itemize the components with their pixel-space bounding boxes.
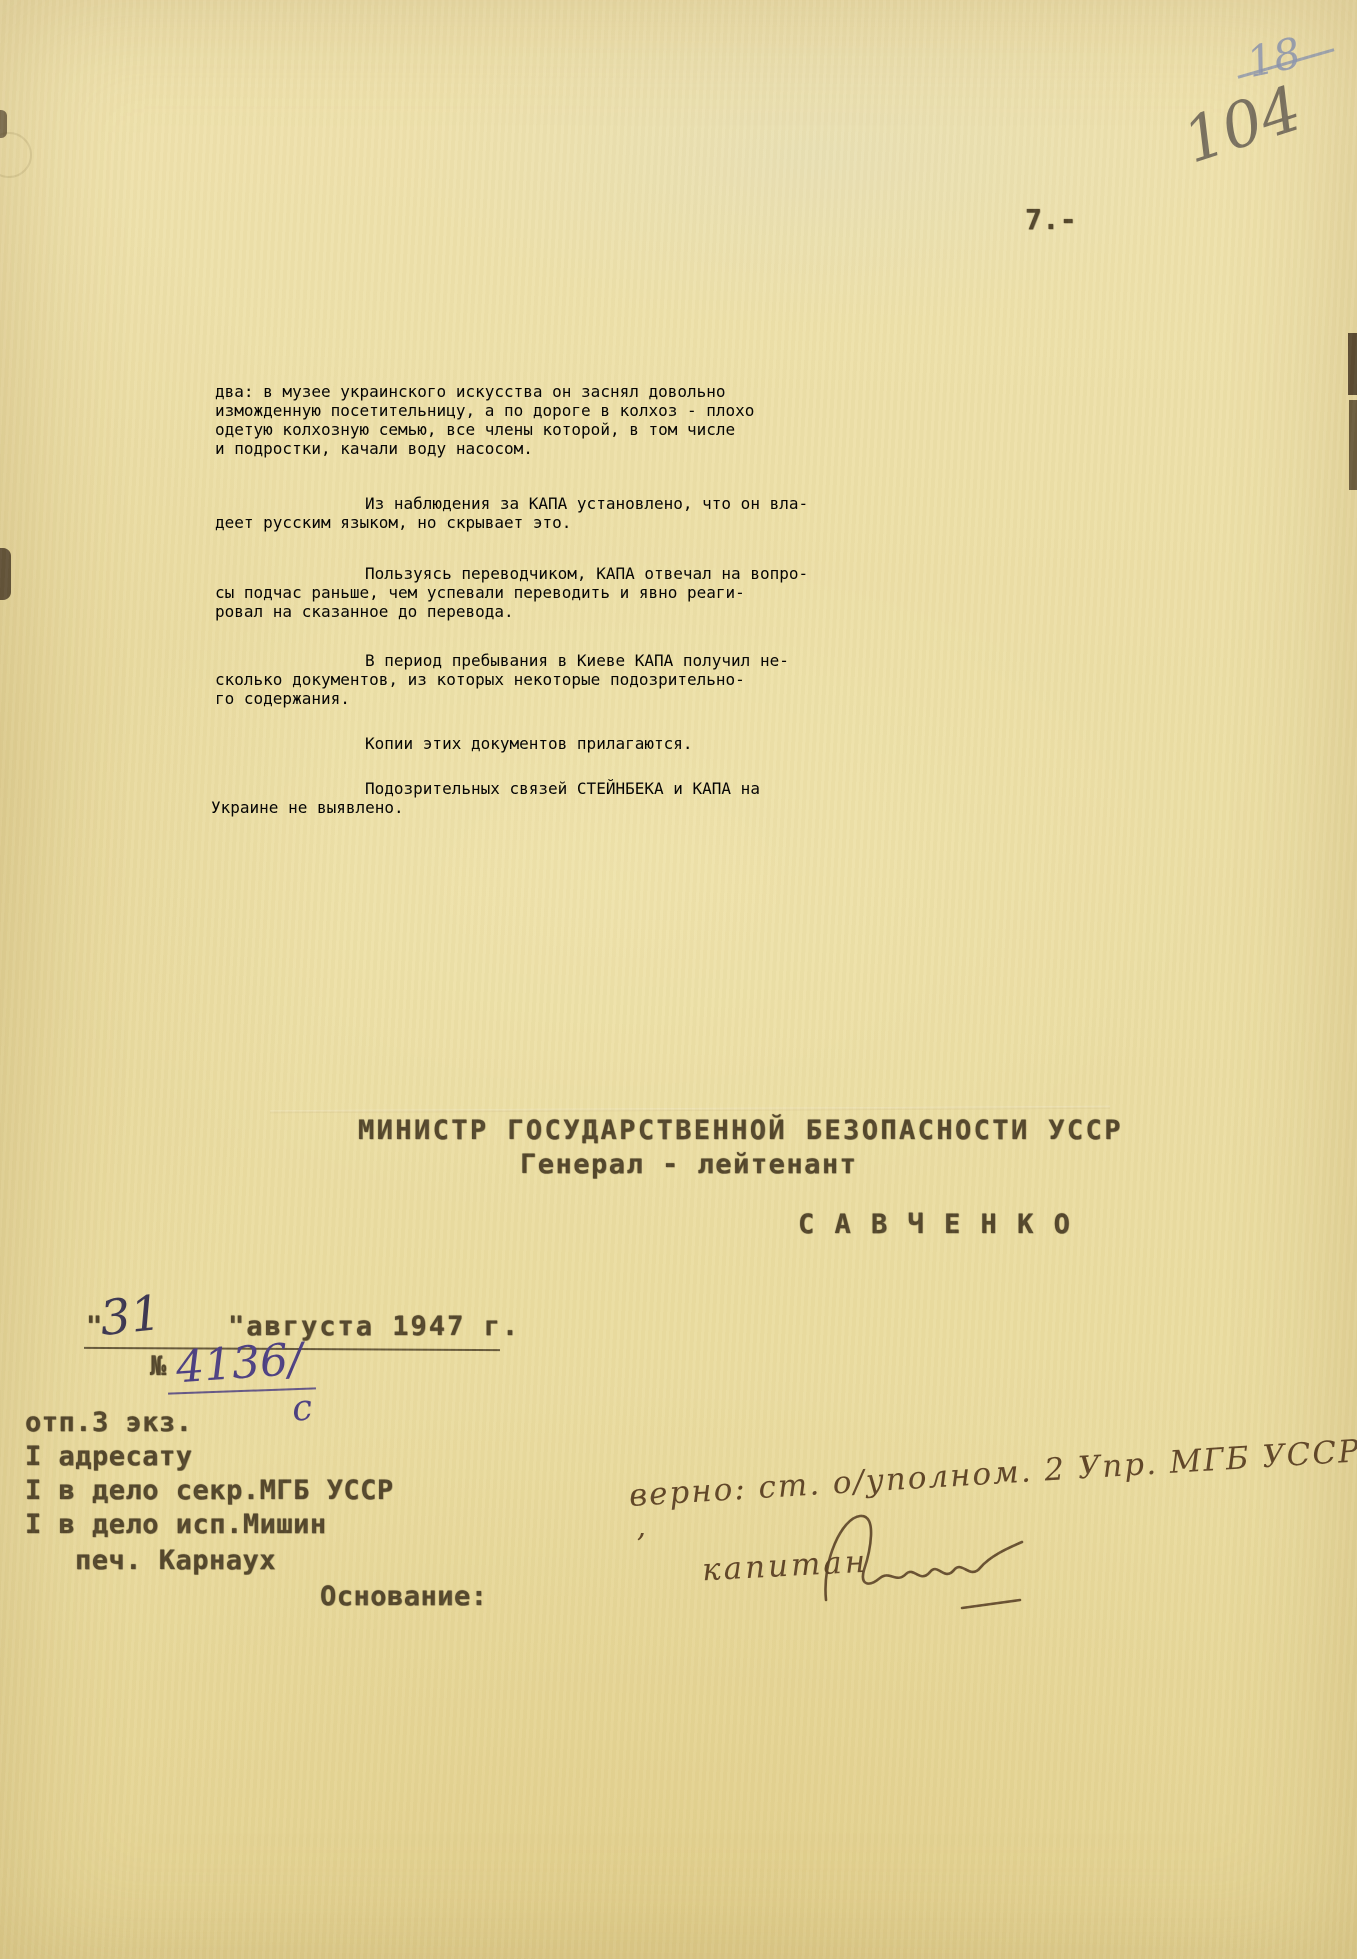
paper-crease: [270, 1106, 1110, 1113]
distribution-line-4: I в дело исп.Мишин: [25, 1510, 327, 1540]
distribution-line-2: I адресату: [25, 1442, 193, 1472]
text-line: Из наблюдения за КАПА установлено, что о…: [215, 494, 1357, 513]
distribution-line-3: I в дело секр.МГБ УССР: [25, 1476, 394, 1506]
handwritten-number-suffix: с: [290, 1387, 314, 1430]
distribution-line-5: печ. Карнаух: [75, 1546, 276, 1576]
paragraph: Копии этих документов прилагаются.: [215, 734, 1357, 753]
text-line: Украине не выявлено.: [211, 798, 1357, 817]
minister-title-line: МИНИСТР ГОСУДАРСТВЕННОЙ БЕЗОПАСНОСТИ УСС…: [358, 1116, 1123, 1146]
text-line: Подозрительных связей СТЕЙНБЕКА и КАПА н…: [215, 779, 1357, 798]
minister-name: С А В Ч Е Н К О: [798, 1210, 1072, 1240]
folio-number: 104: [1175, 72, 1310, 178]
paragraph: Из наблюдения за КАПА установлено, что о…: [215, 494, 1357, 532]
text-line: Копии этих документов прилагаются.: [215, 734, 1357, 753]
text-line: изможденную посетительницу, а по дороге …: [215, 401, 1357, 420]
text-line: В период пребывания в Киеве КАПА получил…: [215, 651, 1357, 670]
scan-edge-strip: [1349, 400, 1357, 490]
scanned-document-page: 18 104 7.- два: в музее украинского иску…: [0, 0, 1357, 1959]
punch-hole-impression: [0, 132, 32, 178]
text-line: два: в музее украинского искусства он за…: [215, 382, 1357, 401]
paragraph: В период пребывания в Киеве КАПА получил…: [215, 651, 1357, 708]
text-line: Пользуясь переводчиком, КАПА отвечал на …: [215, 564, 1357, 583]
text-line: го содержания.: [215, 689, 1357, 708]
paragraph: два: в музее украинского искусства он за…: [215, 382, 1357, 458]
text-line: сколько документов, из которых некоторые…: [215, 670, 1357, 689]
text-line: деет русским языком, но скрывает это.: [215, 513, 1357, 532]
text-line: ровал на сказанное до перевода.: [215, 602, 1357, 621]
paragraph: Пользуясь переводчиком, КАПА отвечал на …: [215, 564, 1357, 621]
distribution-line-6: Основание:: [320, 1582, 488, 1612]
page-number: 7.-: [1025, 205, 1077, 235]
paragraph: Подозрительных связей СТЕЙНБЕКА и КАПА н…: [215, 779, 1357, 817]
handwritten-day: 31: [97, 1285, 164, 1347]
stray-pen-tick: ’: [636, 1528, 646, 1563]
scan-edge-strip: [1348, 333, 1357, 395]
signature-scrawl: [812, 1500, 1062, 1630]
scan-edge-mark: [0, 548, 11, 600]
text-line: и подростки, качали воду насосом.: [215, 439, 1357, 458]
distribution-line-1: отп.3 экз.: [25, 1408, 193, 1438]
body-text: два: в музее украинского искусства он за…: [215, 382, 1357, 817]
number-sign: №: [150, 1352, 167, 1382]
text-line: одетую колхозную семью, все члены которо…: [215, 420, 1357, 439]
text-line: сы подчас раньше, чем успевали переводит…: [215, 583, 1357, 602]
handwritten-number: 4136/: [174, 1334, 304, 1394]
minister-rank-line: Генерал - лейтенант: [520, 1150, 857, 1180]
